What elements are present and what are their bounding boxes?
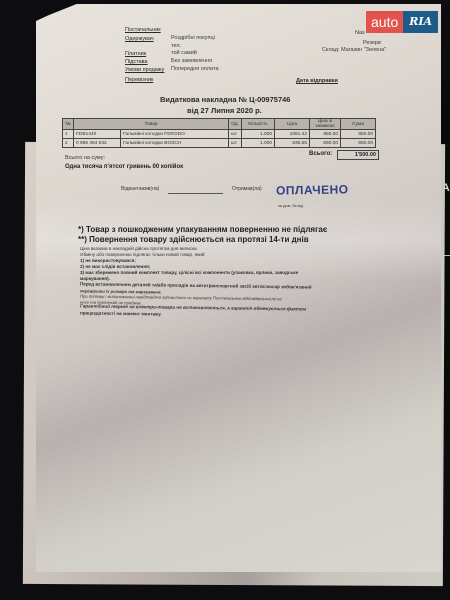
- col-unit: Од.: [229, 119, 242, 130]
- col-price: Ціна: [275, 119, 310, 130]
- received-by-label: Отримав(ла): [232, 186, 262, 192]
- right-top-label: Nas: [355, 30, 365, 36]
- document-date: від 27 Липня 2020 р.: [187, 106, 262, 115]
- row-qty: 1.000: [242, 130, 275, 139]
- row-code: 0 986 494 032: [74, 139, 121, 148]
- payer-label: Платник: [125, 51, 146, 57]
- table-header-row: № Товар Од. Кількість Ціна Ціна зі знижк…: [63, 119, 376, 130]
- sale-terms-label: Умови продажу: [125, 67, 164, 73]
- row-discount-price: 850.00: [310, 130, 341, 139]
- invoice-table: № Товар Од. Кількість Ціна Ціна зі знижк…: [62, 118, 376, 148]
- note-text: 2) не має слідів встановлення;: [80, 264, 150, 269]
- proxy-label: за дов. № від: [278, 203, 303, 208]
- row-discount-price: 650.00: [310, 139, 341, 148]
- payer-value: той самий: [171, 50, 197, 56]
- paid-stamp: ОПЛАЧЕНО: [276, 182, 349, 197]
- basis-value: Без замовлення: [171, 58, 212, 64]
- recipient-value: Роздрібні покупці: [171, 35, 215, 41]
- total-value: 1'500.00: [337, 150, 379, 160]
- recipient-label: Одержувач: [125, 36, 154, 42]
- note-text: 1) не використовувався;: [80, 258, 136, 263]
- row-code: FDB1440: [74, 130, 121, 139]
- total-in-words-label: Всього на суму:: [65, 155, 105, 161]
- warehouse-label: Склад: Магазин "Зелена": [322, 47, 386, 53]
- reserve-label: Резерв: [363, 40, 381, 46]
- total-in-words: Одна тисяча п'ятсот гривень 00 копійок: [65, 164, 183, 170]
- autoria-watermark: auto RIA: [366, 11, 438, 33]
- row-number: 2: [63, 139, 74, 148]
- row-qty: 1.000: [242, 139, 275, 148]
- row-name: Гальмівні колодки FERODO: [121, 130, 229, 139]
- recipient-phone: тел.: [171, 43, 181, 49]
- row-name: Гальмівні колодки BOSCH: [121, 139, 229, 148]
- note-text: 3) має збережено повний комплект товару,…: [80, 270, 298, 275]
- col-product: Товар: [74, 119, 229, 130]
- watermark-ria: RIA: [403, 11, 438, 33]
- col-sum: Сума: [341, 119, 376, 130]
- table-row: 2 0 986 494 032 Гальмівні колодки BOSCH …: [63, 139, 376, 148]
- row-price: 1081.42: [275, 130, 310, 139]
- row-unit: шт: [229, 130, 242, 139]
- col-discount-price: Ціна зі знижкою: [310, 119, 341, 130]
- ship-date-label: Дата відправки: [296, 78, 338, 84]
- note-no-return-damaged: *) Товар з пошкодженим упакуванням повер…: [78, 225, 327, 234]
- col-quantity: Кількість: [242, 119, 275, 130]
- carrier-label: Перевізник: [125, 77, 153, 83]
- supplier-label: Постачальник: [125, 27, 161, 33]
- note-text: маркування).: [80, 276, 110, 281]
- shipped-signature-line: [168, 193, 223, 194]
- row-unit: шт: [229, 139, 242, 148]
- document-title: Видаткова накладна № Ц-00975746: [160, 95, 290, 104]
- total-label: Всього:: [309, 151, 332, 157]
- note-text: Обміну або поверненню підлягає тільки но…: [80, 252, 206, 257]
- shipped-by-label: Відвантажив(ла): [121, 186, 159, 192]
- row-price: 836.55: [275, 139, 310, 148]
- basis-label: Підстава: [125, 59, 148, 65]
- col-number: №: [63, 119, 74, 130]
- sale-terms-value: Попередня оплата: [171, 66, 219, 72]
- row-sum: 850.00: [341, 130, 376, 139]
- row-number: 1: [63, 130, 74, 139]
- table-row: 1 FDB1440 Гальмівні колодки FERODO шт 1.…: [63, 130, 376, 139]
- note-return-14-days: **) Повернення товару здійснюється на пр…: [78, 235, 309, 244]
- note-text: Ціна вказана в накладній дійсна протягом…: [80, 246, 198, 251]
- watermark-auto: auto: [366, 11, 403, 33]
- row-sum: 650.00: [341, 139, 376, 148]
